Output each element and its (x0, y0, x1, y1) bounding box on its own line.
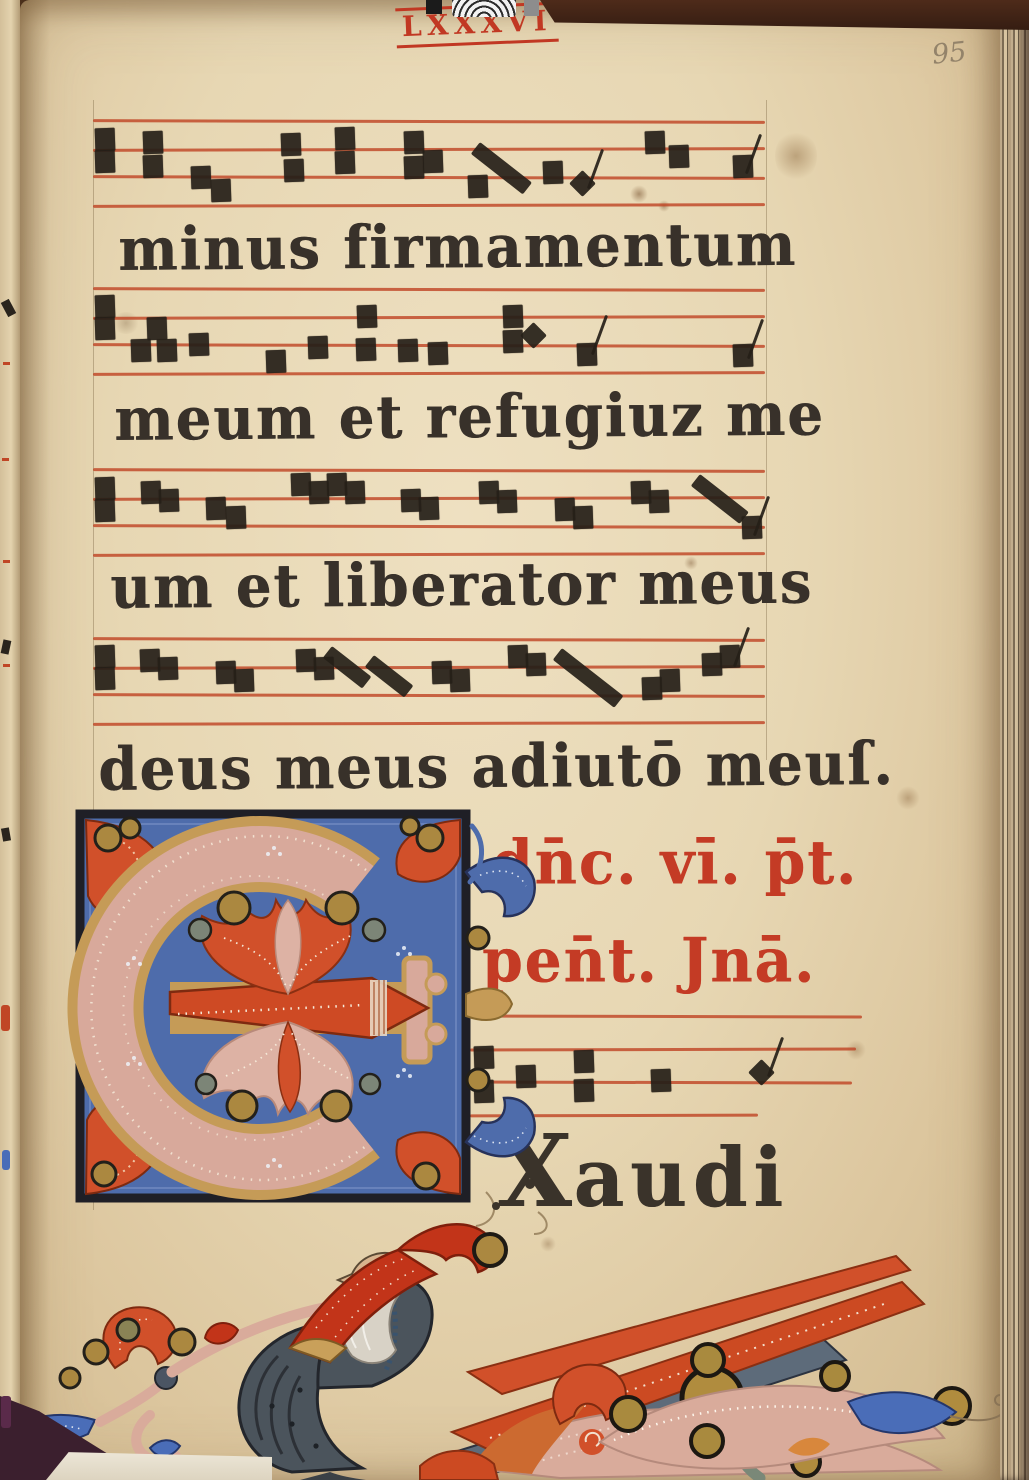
neume-punctum (669, 145, 690, 169)
neume-punctum (266, 350, 287, 374)
hat-gold-ball (474, 1234, 506, 1266)
facing-page-decoration-glimpse (1, 1005, 10, 1031)
neume-punctum (660, 669, 681, 693)
neume-punctum (191, 166, 212, 190)
neume-punctum (357, 305, 378, 329)
neume-punctum (335, 127, 356, 151)
neume-punctum (468, 175, 489, 199)
neume-punctum (234, 669, 255, 693)
neume-punctum (95, 128, 116, 152)
neume-punctum (645, 131, 666, 155)
neume-punctum (159, 489, 180, 513)
neume-punctum (95, 499, 116, 523)
book-fore-edge-pages (1000, 0, 1029, 1480)
chant-line-1: minus firmamentum (118, 215, 797, 279)
neume-punctum (503, 305, 524, 329)
registration-target-icon (452, 0, 516, 17)
rubric-line-1: dn̄c. vī. p̄t. (492, 832, 858, 893)
facing-page-edge (0, 0, 20, 1480)
neume-punctum (147, 317, 168, 341)
neume-punctum (345, 481, 366, 505)
chant-line-4: deus meus adiutō meuſ. (98, 734, 895, 799)
facing-page-staff-mark (3, 560, 10, 563)
neume-punctum (423, 150, 444, 174)
neume-punctum (189, 333, 210, 357)
neume-punctum (211, 179, 232, 203)
neume-punctum (284, 159, 305, 183)
neume-punctum (573, 506, 594, 530)
neume-punctum (226, 506, 247, 530)
calibration-black-bar (426, 0, 442, 14)
neume-punctum (308, 336, 329, 360)
neume-punctum (419, 497, 440, 521)
neume-punctum (428, 342, 449, 366)
neume-punctum (131, 339, 152, 363)
facing-page-staff-mark (3, 362, 10, 365)
rubric-line-2: pen̄t. Jnā. (482, 930, 816, 991)
neume-punctum (335, 151, 356, 175)
neume-punctum (95, 317, 116, 341)
facing-page-staff-mark (3, 664, 10, 667)
folio-number: 95 (931, 38, 968, 68)
neume-punctum (281, 133, 302, 157)
illuminated-initial-e (74, 808, 474, 1206)
neume-punctum (158, 657, 179, 681)
neume-punctum (157, 339, 178, 363)
chant-line-3: um et liberator meus (110, 553, 813, 618)
neume-punctum (398, 339, 419, 363)
neume-punctum (574, 1050, 595, 1074)
neume-punctum (95, 295, 116, 319)
facing-page-staff-mark (2, 458, 9, 461)
neume-punctum (95, 477, 116, 501)
neume-punctum (143, 131, 164, 155)
outer-tan-leaf (466, 989, 512, 1020)
neume-punctum (651, 1069, 672, 1093)
manuscript-photo: { "header": { "quire_numeral": "LXXXVI",… (0, 0, 1029, 1480)
neume-punctum (497, 490, 518, 514)
neume-punctum (95, 150, 116, 174)
neume-punctum (206, 497, 227, 521)
neume-punctum (450, 669, 471, 693)
calibration-gray-bar (524, 0, 539, 16)
neume-punctum (356, 338, 377, 362)
neume-punctum (404, 156, 425, 180)
neume-punctum (526, 653, 547, 677)
grotesque-marginalia (0, 1210, 1029, 1480)
neume-punctum (95, 667, 116, 691)
neume-punctum (143, 155, 164, 179)
neume-punctum (404, 131, 425, 155)
chant-line-2: meum et refugiuz me (114, 385, 825, 450)
neume-punctum (543, 161, 564, 185)
neume-punctum (503, 330, 524, 354)
neume-punctum (95, 645, 116, 669)
facing-page-decoration-glimpse (1, 1396, 11, 1428)
neume-punctum (474, 1046, 495, 1070)
neume-punctum (516, 1065, 537, 1089)
neume-punctum (649, 490, 670, 514)
facing-page-decoration-glimpse (2, 1150, 10, 1170)
